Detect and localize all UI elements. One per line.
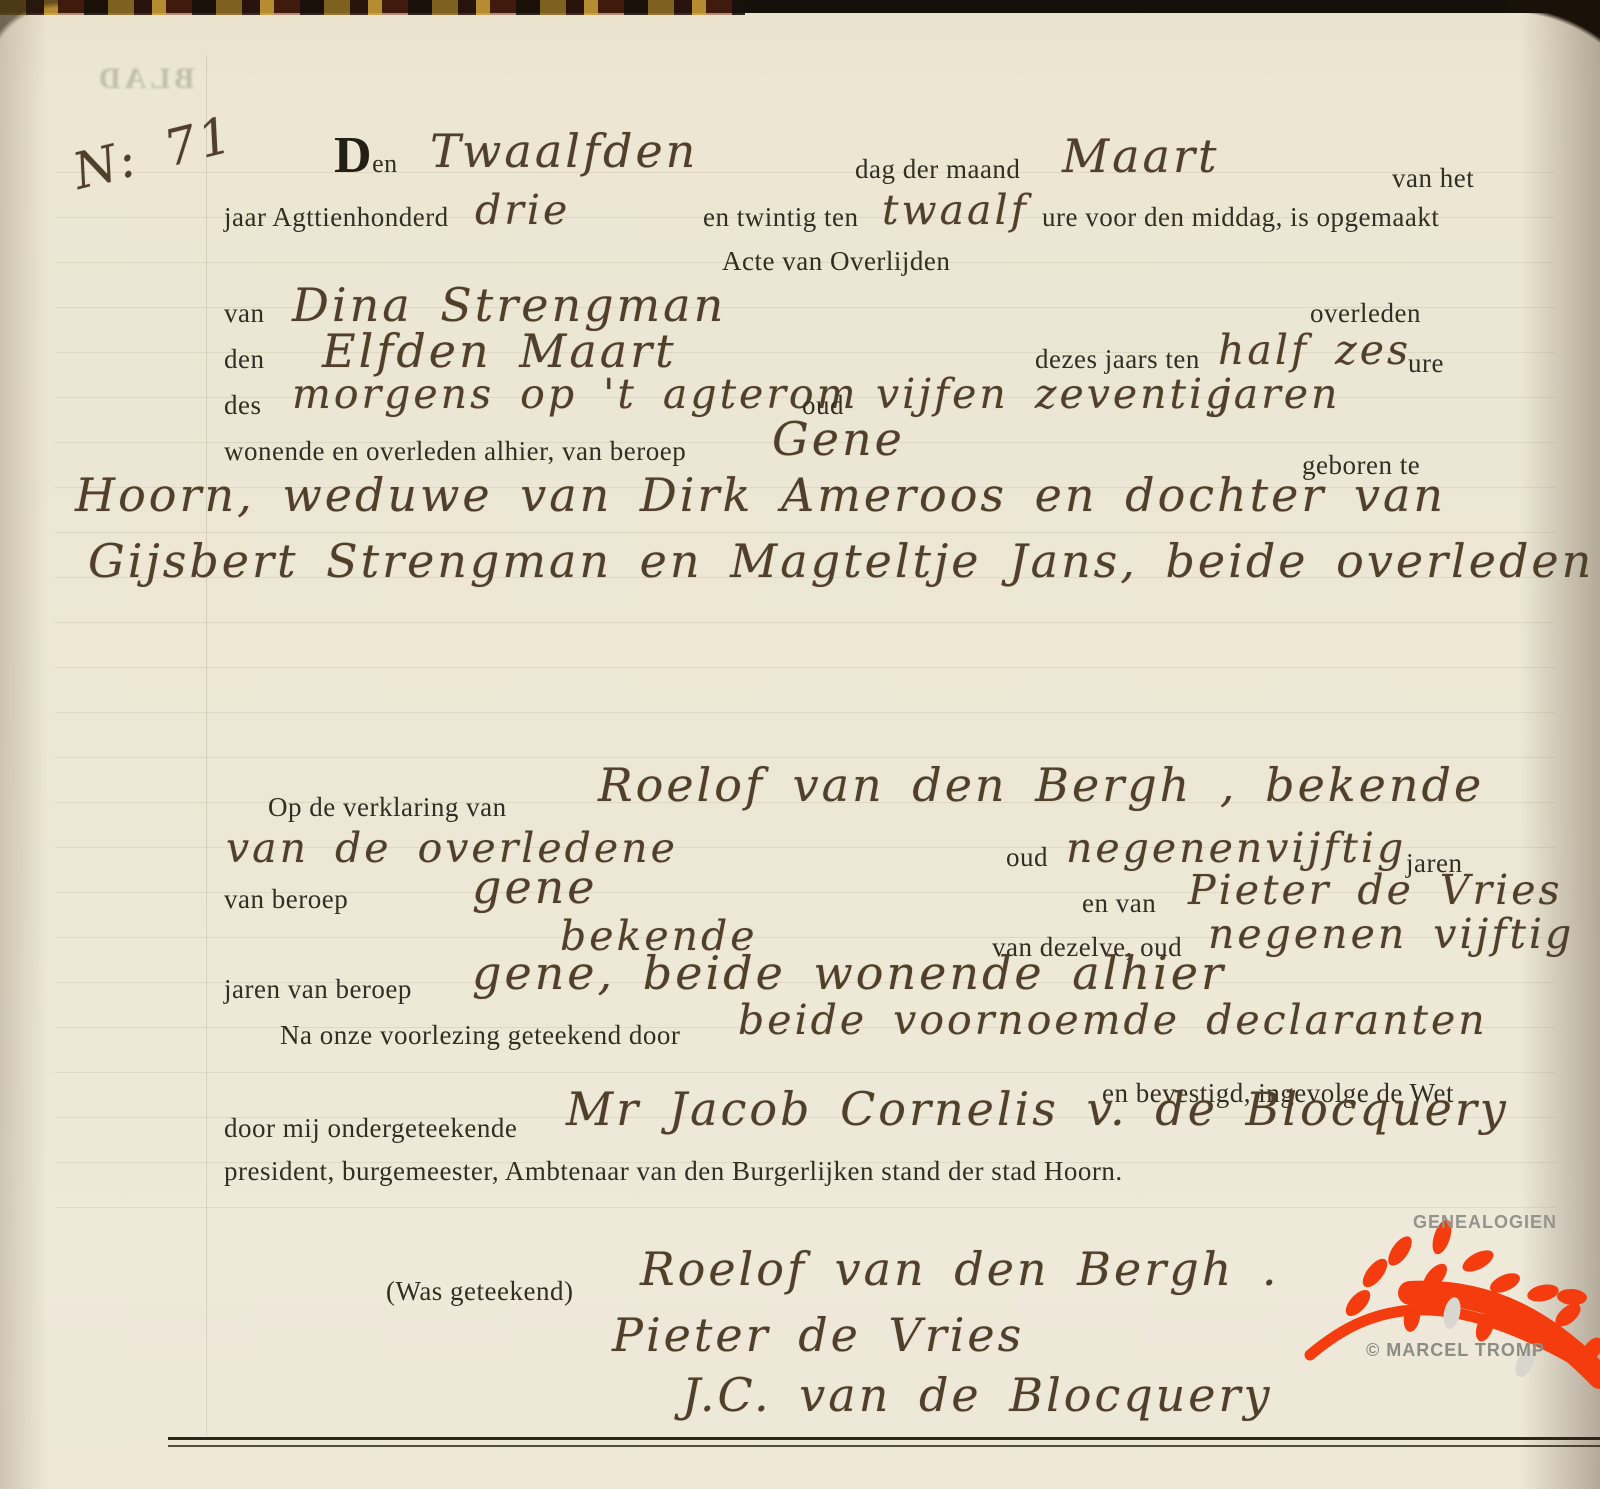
printed-dag-der-maand: dag der maand — [855, 156, 1020, 183]
printed-voorlezing: Na onze voorlezing geteekend door — [280, 1022, 680, 1049]
drop-cap-d: D — [334, 127, 372, 184]
declarant2-profession-entry: gene, beide wonende alhier — [472, 950, 1226, 996]
printed-verklaring: Op de verklaring van — [268, 794, 507, 821]
relation1-entry: van de overledene — [226, 828, 678, 869]
hour-entry: twaalf — [882, 190, 1029, 231]
signature-3: J.C. van de Blocquery — [682, 1372, 1273, 1418]
printed-jaren-beroep: jaren van beroep — [224, 976, 412, 1003]
declarant1-age-entry: negenenvijftig — [1066, 828, 1406, 869]
jaren-entry: jaren — [1218, 374, 1340, 415]
record-number: N: 71 — [68, 109, 239, 197]
bottom-rule-secondary — [168, 1445, 1600, 1447]
marbled-book-edge — [0, 0, 745, 15]
printed-des: des — [224, 392, 262, 419]
declarant1-name-entry: Roelof van den Bergh , bekende — [598, 762, 1484, 808]
logo-brand-text: GENEALOGIEN — [1413, 1212, 1557, 1233]
page-corner-shadow-left — [0, 0, 60, 80]
official-name-entry: Mr Jacob Cornelis v. de Blocquery — [566, 1086, 1509, 1132]
parents-line-entry: Gijsbert Strengman en Magteltje Jans, be… — [88, 538, 1594, 584]
signed-by-entry: beide voornoemde declaranten — [738, 1000, 1488, 1041]
deceased-name-entry: Dina Strengman — [292, 282, 726, 328]
day-name-entry: Twaalfden — [430, 128, 698, 174]
printed-van-beroep: van beroep — [224, 886, 348, 913]
death-certificate-page: BLAD N: 71 Den Twaalfden dag der maand M… — [0, 0, 1600, 1489]
declarant1-profession-entry: gene — [472, 864, 598, 910]
page-corner-shadow-right — [1505, 0, 1600, 170]
death-date-entry: Elfden Maart — [322, 328, 677, 374]
printed-en-van: en van — [1082, 890, 1156, 917]
printed-van: van — [224, 300, 264, 327]
printed-overleden: overleden — [1310, 300, 1421, 327]
printed-wonende: wonende en overleden alhier, van beroep — [224, 438, 686, 465]
printed-oud2: oud — [1006, 844, 1048, 871]
acte-title: Acte van Overlijden — [722, 248, 950, 275]
margin-line — [206, 55, 207, 1435]
signature-2: Pieter de Vries — [612, 1312, 1024, 1358]
printed-was-geteekend: (Was geteekend) — [386, 1278, 573, 1305]
printed-en-twintig: en twintig ten — [703, 204, 858, 231]
death-hour-entry: half zes — [1218, 330, 1411, 371]
signature-1: Roelof van den Bergh . — [640, 1246, 1280, 1292]
time-place-entry: morgens op 't agterom — [292, 374, 858, 415]
profession-entry: Gene — [772, 416, 905, 462]
official-title: president, burgemeester, Ambtenaar van d… — [224, 1158, 1123, 1185]
declarant2-age-entry: negenen vijftig — [1208, 914, 1574, 955]
logo-copyright-text: © MARCEL TROMP — [1366, 1340, 1545, 1361]
printed-den: Den — [334, 130, 398, 182]
printed-dezes-jaars: dezes jaars ten — [1035, 346, 1200, 373]
printed-ure: ure — [1408, 350, 1444, 377]
month-entry: Maart — [1062, 133, 1219, 179]
ruled-lines — [55, 128, 1555, 1218]
printed-van-het: van het — [1392, 165, 1474, 192]
age-entry: vijfen zeventig — [876, 374, 1234, 415]
printed-door-mij: door mij ondergeteekende — [224, 1115, 517, 1142]
year-entry: drie — [475, 190, 570, 231]
bleedthrough-text: BLAD — [95, 62, 194, 96]
printed-ure-middag: ure voor den middag, is opgemaakt — [1042, 204, 1439, 231]
origin-line-entry: Hoorn, weduwe van Dirk Ameroos en dochte… — [75, 472, 1446, 518]
printed-den2: den — [224, 346, 264, 373]
bottom-rule — [168, 1437, 1600, 1440]
declarant2-name-entry: Pieter de Vries — [1188, 870, 1563, 911]
printed-jaar: jaar Agttienhonderd — [224, 204, 449, 231]
